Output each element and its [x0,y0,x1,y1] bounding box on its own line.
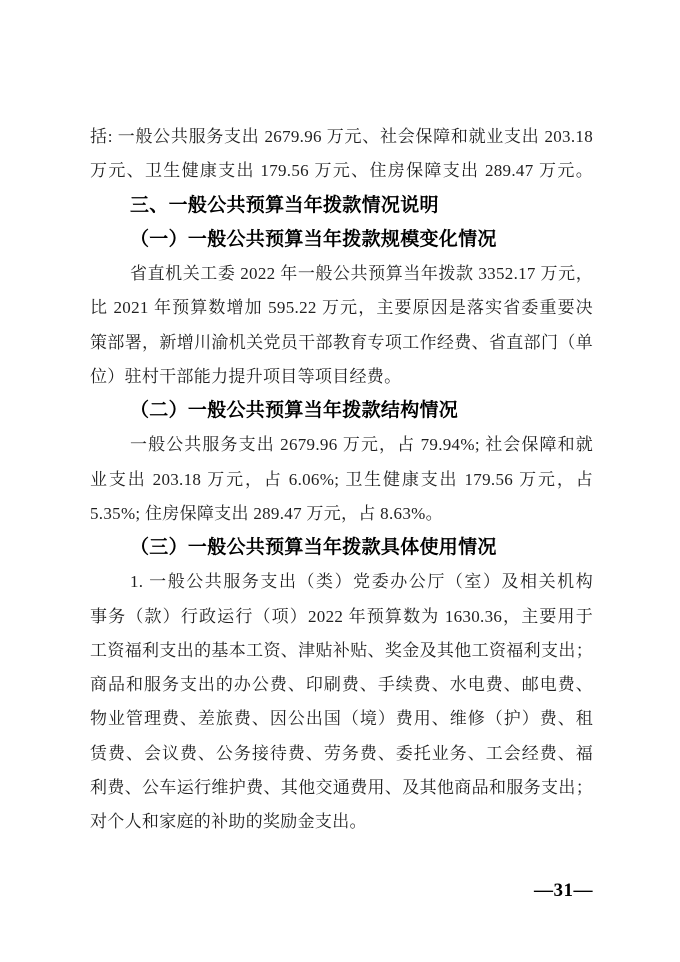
subsection-heading-3: （三）一般公共预算当年拨款具体使用情况 [90,531,593,565]
text-line: 对个人和家庭的补助的奖励金支出。 [90,805,593,839]
document-page: 括: 一般公共服务支出 2679.96 万元、社会保障和就业支出 203.18 … [0,0,680,962]
text-line: 5.35%; 住房保障支出 289.47 万元，占 8.63%。 [90,497,593,531]
text-line: 利费、公车运行维护费、其他交通费用、及其他商品和服务支出； [90,771,593,805]
text-line: 一般公共服务支出 2679.96 万元，占 79.94%; 社会保障和就 [90,428,593,462]
text-line: 工资福利支出的基本工资、津贴补贴、奖金及其他工资福利支出； [90,634,593,668]
text-line: 赁费、会议费、公务接待费、劳务费、委托业务、工会经费、福 [90,737,593,771]
subsection-heading-2: （二）一般公共预算当年拨款结构情况 [90,394,593,428]
text-line: 1. 一般公共服务支出（类）党委办公厅（室）及相关机构 [90,565,593,599]
text-line: 业支出 203.18 万元，占 6.06%; 卫生健康支出 179.56 万元，… [90,463,593,497]
text-line: 位）驻村干部能力提升项目等项目经费。 [90,360,593,394]
text-line: 万元、卫生健康支出 179.56 万元、住房保障支出 289.47 万元。 [90,154,593,188]
subsection-heading-1: （一）一般公共预算当年拨款规模变化情况 [90,223,593,257]
text-line: 省直机关工委 2022 年一般公共预算当年拨款 3352.17 万元， [90,257,593,291]
text-line: 策部署，新增川渝机关党员干部教育专项工作经费、省直部门（单 [90,326,593,360]
text-line: 事务（款）行政运行（项）2022 年预算数为 1630.36，主要用于 [90,600,593,634]
text-line: 物业管理费、差旅费、因公出国（境）费用、维修（护）费、租 [90,702,593,736]
text-line: 商品和服务支出的办公费、印刷费、手续费、水电费、邮电费、 [90,668,593,702]
text-line: 括: 一般公共服务支出 2679.96 万元、社会保障和就业支出 203.18 [90,120,593,154]
section-heading-3: 三、一般公共预算当年拨款情况说明 [90,189,593,223]
page-number: —31— [534,880,593,902]
document-body: 括: 一般公共服务支出 2679.96 万元、社会保障和就业支出 203.18 … [90,120,593,839]
text-line: 比 2021 年预算数增加 595.22 万元，主要原因是落实省委重要决 [90,291,593,325]
